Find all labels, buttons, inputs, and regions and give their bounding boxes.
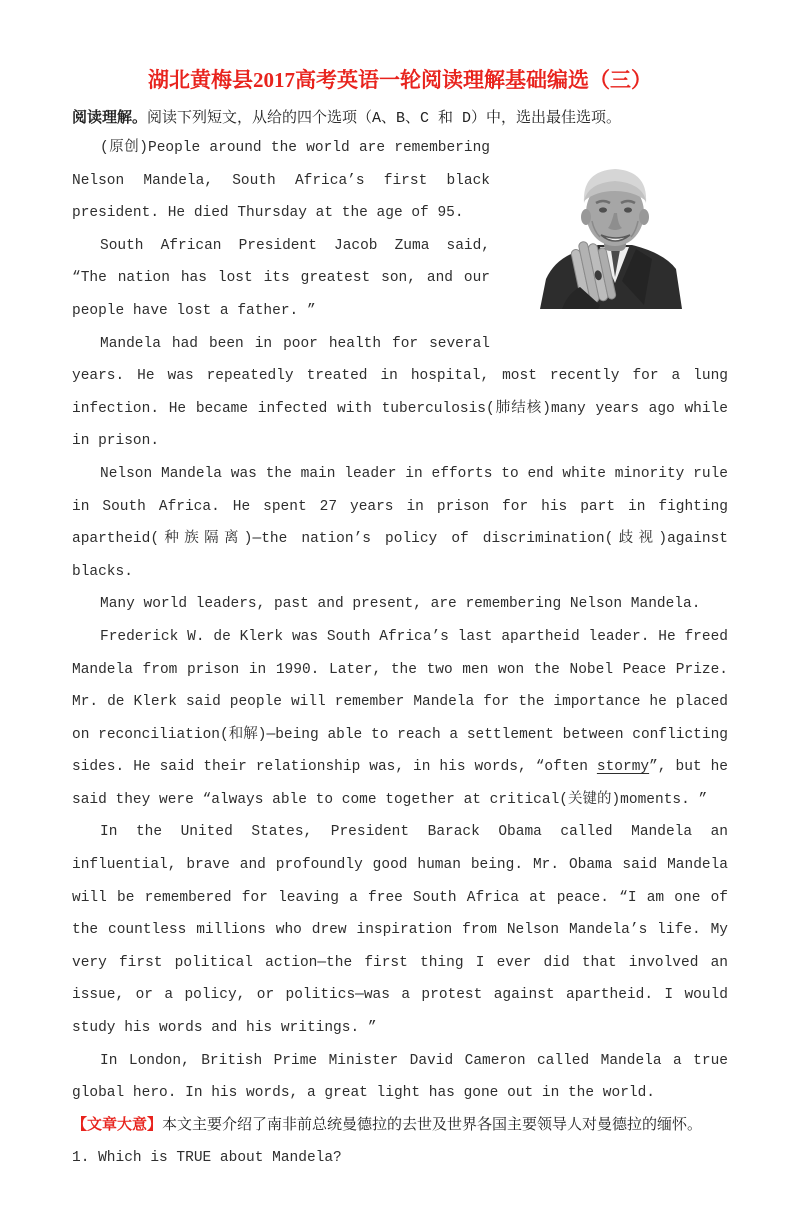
instructions-line: 阅读理解。阅读下列短文，从给的四个选项（A、B、C 和 D）中，选出最佳选项。 (72, 108, 728, 130)
summary-label: 【文章大意】 (72, 1117, 162, 1134)
paragraph-4: Nelson Mandela was the main leader in ef… (72, 458, 728, 588)
instructions-text: 阅读下列短文，从给的四个选项（A、B、C 和 D）中，选出最佳选项。 (147, 110, 621, 127)
instructions-label: 阅读理解。 (72, 110, 147, 127)
mandela-portrait-illustration (528, 155, 690, 309)
article-body: (原创)People around the world are remember… (72, 132, 728, 1110)
document-page: 湖北黄梅县2017高考英语一轮阅读理解基础编选（三） 阅读理解。阅读下列短文，从… (0, 0, 800, 1215)
paragraph-5: Many world leaders, past and present, ar… (72, 588, 728, 621)
paragraph-6-text-before: Frederick W. de Klerk was South Africa’s… (72, 629, 728, 775)
paragraph-6: Frederick W. de Klerk was South Africa’s… (72, 621, 728, 817)
page-title: 湖北黄梅县2017高考英语一轮阅读理解基础编选（三） (72, 66, 728, 94)
paragraph-3: Mandela had been in poor health for seve… (72, 328, 728, 458)
paragraph-6-underlined-word: stormy (597, 759, 649, 775)
mandela-photo (528, 155, 690, 309)
paragraph-7: In the United States, President Barack O… (72, 816, 728, 1044)
question-1: 1. Which is TRUE about Mandela? (72, 1142, 728, 1175)
summary-text: 本文主要介绍了南非前总统曼德拉的去世及世界各国主要领导人对曼德拉的缅怀。 (162, 1117, 702, 1134)
paragraph-8: In London, British Prime Minister David … (72, 1045, 728, 1110)
passage-summary: 【文章大意】本文主要介绍了南非前总统曼德拉的去世及世界各国主要领导人对曼德拉的缅… (72, 1110, 728, 1143)
